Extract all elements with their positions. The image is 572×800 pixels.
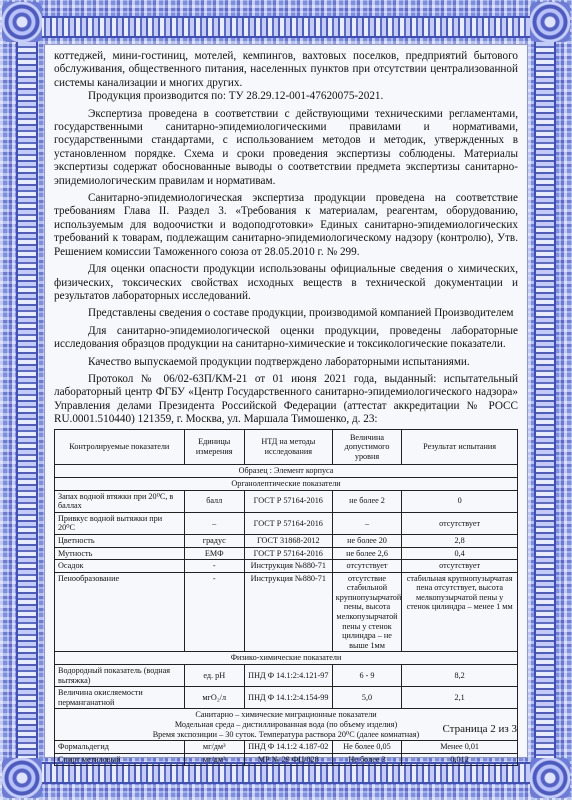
units-cell: -: [184, 560, 244, 573]
method-cell: ГОСТ Р 57164-2016: [244, 547, 332, 560]
sample-label: Образец : Элемент корпуса: [55, 465, 518, 478]
col-header-limit: Величина допустимого уровня: [332, 429, 401, 465]
corner-rosette-icon: [2, 2, 42, 42]
table-row: Спирт метиловыймг/дм³МР № 29 ФЦ/828Не бо…: [55, 753, 518, 766]
indicator-cell: Величина окисляемости перманганатной: [55, 687, 185, 709]
units-cell: мгO₂/л: [184, 687, 244, 709]
method-cell: ГОСТ 31868-2012: [244, 534, 332, 547]
section-title: Физико-химические показатели: [55, 652, 518, 665]
result-cell: 2,8: [402, 534, 518, 547]
paragraph: Санитарно-эпидемиологическая экспертиза …: [54, 192, 518, 259]
limit-cell: отсутствие стабильной крупнопузырчатой п…: [332, 572, 401, 652]
result-cell: 2,1: [402, 687, 518, 709]
units-cell: балл: [184, 490, 244, 512]
paragraph: Представлены сведения о составе продукци…: [54, 307, 518, 320]
indicator-cell: Привкус водной вытяжки при 20⁰С: [55, 512, 185, 534]
indicator-cell: Осадок: [55, 560, 185, 573]
units-cell: ед. pH: [184, 665, 244, 687]
col-header-result: Результат испытания: [402, 429, 518, 465]
paragraph: Протокол № 06/02-63П/КМ-21 от 01 июня 20…: [54, 373, 518, 427]
method-cell: Инструкция №880-71: [244, 560, 332, 573]
page-number: Страница 2 из 3: [442, 723, 517, 735]
corner-rosette-icon: [530, 2, 570, 42]
indicator-cell: Мутность: [55, 547, 185, 560]
paragraph: Качество выпускаемой продукции подтвержд…: [54, 356, 518, 369]
result-cell: отсутствует: [402, 560, 518, 573]
units-cell: –: [184, 512, 244, 534]
limit-cell: Не более 3: [332, 753, 401, 766]
result-cell: 0: [402, 490, 518, 512]
method-cell: МР № 29 ФЦ/828: [244, 753, 332, 766]
table-row: Формальдегидмг/дм³ПНД Ф 14.1:2 4.187-02Н…: [55, 741, 518, 754]
method-cell: Инструкция №880-71: [244, 572, 332, 652]
corner-rosette-icon: [530, 758, 570, 798]
units-cell: мг/дм³: [184, 753, 244, 766]
indicator-cell: Спирт метиловый: [55, 753, 185, 766]
border-top-ornament: [40, 16, 532, 38]
table-row: Запах водной втяжки при 20⁰С, в баллахба…: [55, 490, 518, 512]
indicator-cell: Запах водной втяжки при 20⁰С, в баллах: [55, 490, 185, 512]
table-row: МутностьЕМФГОСТ Р 57164-2016не более 2,6…: [55, 547, 518, 560]
indicator-cell: Пенообразование: [55, 572, 185, 652]
paragraph: Для оценки опасности продукции использов…: [54, 263, 518, 303]
limit-cell: не более 2: [332, 490, 401, 512]
units-cell: -: [184, 572, 244, 652]
result-cell: 0,012: [402, 753, 518, 766]
table-row: Пенообразование-Инструкция №880-71отсутс…: [55, 572, 518, 652]
limit-cell: 6 - 9: [332, 665, 401, 687]
paragraph: Продукция производится по: ТУ 28.29.12-0…: [54, 90, 518, 103]
units-cell: градус: [184, 534, 244, 547]
certificate-page: коттеджей, мини-гостиниц, мотелей, кемпи…: [44, 44, 528, 758]
table-header-row: Контролируемые показатели Единицы измере…: [55, 429, 518, 465]
col-header-units: Единицы измерения: [184, 429, 244, 465]
sample-row: Образец : Элемент корпуса: [55, 465, 518, 478]
table-row: ЦветностьградусГОСТ 31868-2012не более 2…: [55, 534, 518, 547]
col-header-indicator: Контролируемые показатели: [55, 429, 185, 465]
result-cell: 8,2: [402, 665, 518, 687]
paragraph: коттеджей, мини-гостиниц, мотелей, кемпи…: [54, 50, 518, 90]
limit-cell: не более 20: [332, 534, 401, 547]
result-cell: 0,4: [402, 547, 518, 560]
lab-results-table: Контролируемые показатели Единицы измере…: [54, 429, 518, 767]
paragraph: Экспертиза проведена в соответствии с де…: [54, 108, 518, 188]
method-cell: ПНД Ф 14.1:2:4.121-97: [244, 665, 332, 687]
limit-cell: –: [332, 512, 401, 534]
method-cell: ГОСТ Р 57164-2016: [244, 512, 332, 534]
result-cell: отсутствует: [402, 512, 518, 534]
limit-cell: Не более 0,05: [332, 741, 401, 754]
corner-rosette-icon: [2, 758, 42, 798]
method-cell: ПНД Ф 14.1:2:4.154-99: [244, 687, 332, 709]
body-text: коттеджей, мини-гостиниц, мотелей, кемпи…: [54, 50, 518, 427]
section-title: Органолептические показатели: [55, 477, 518, 490]
col-header-method: НТД на методы исследования: [244, 429, 332, 465]
section-header-row: Физико-химические показатели: [55, 652, 518, 665]
section-title-line: Санитарно – химические миграционные пока…: [58, 710, 514, 720]
units-cell: мг/дм³: [184, 741, 244, 754]
units-cell: ЕМФ: [184, 547, 244, 560]
indicator-cell: Водородный показатель (водная вытяжка): [55, 665, 185, 687]
paragraph: Для санитарно-эпидемиологической оценки …: [54, 325, 518, 352]
border-left-ornament: [16, 40, 38, 760]
table-row: Осадок-Инструкция №880-71отсутствуетотсу…: [55, 560, 518, 573]
result-cell: стабильная крупнопузырчатая пена отсутст…: [402, 572, 518, 652]
border-right-ornament: [534, 40, 556, 760]
table-row: Привкус водной вытяжки при 20⁰С–ГОСТ Р 5…: [55, 512, 518, 534]
limit-cell: отсутствует: [332, 560, 401, 573]
limit-cell: не более 2,6: [332, 547, 401, 560]
method-cell: ГОСТ Р 57164-2016: [244, 490, 332, 512]
indicator-cell: Цветность: [55, 534, 185, 547]
result-cell: Менее 0,01: [402, 741, 518, 754]
method-cell: ПНД Ф 14.1:2 4.187-02: [244, 741, 332, 754]
section-header-row: Органолептические показатели: [55, 477, 518, 490]
limit-cell: 5,0: [332, 687, 401, 709]
table-row: Водородный показатель (водная вытяжка)ед…: [55, 665, 518, 687]
table-row: Величина окисляемости перманганатноймгO₂…: [55, 687, 518, 709]
indicator-cell: Формальдегид: [55, 741, 185, 754]
